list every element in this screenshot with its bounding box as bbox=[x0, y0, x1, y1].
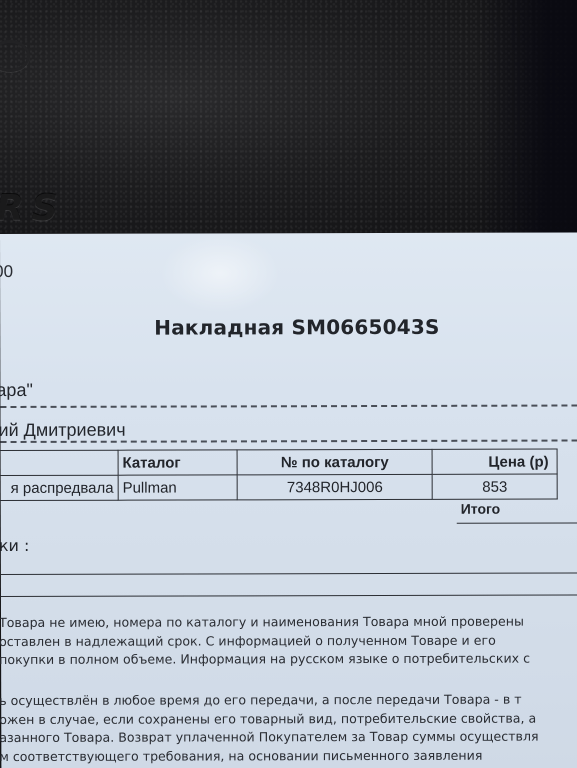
embossed-seat-text: RS bbox=[0, 188, 66, 229]
terms-line: ожен в случае, если сохранены его товарн… bbox=[0, 709, 577, 729]
terms-line: Товара не имею, номера по каталогу и наи… bbox=[0, 612, 577, 632]
notes-line bbox=[1, 572, 577, 575]
terms-paragraph-2: ь осуществлён в любое время до его перед… bbox=[0, 690, 577, 766]
terms-line: покупки в полном объеме. Информация на р… bbox=[0, 649, 577, 669]
total-underline bbox=[457, 522, 577, 523]
terms-line: азанного Товара. Возврат уплаченной Поку… bbox=[0, 727, 577, 747]
column-header-name bbox=[0, 450, 118, 475]
table-row: я распредвала Pullman 7348R0HJ006 853 bbox=[0, 474, 557, 501]
dashed-divider bbox=[1, 439, 577, 443]
terms-line: м соответствующего требования, на основа… bbox=[0, 746, 577, 766]
item-name: я распредвала bbox=[0, 475, 118, 500]
notes-line bbox=[1, 594, 577, 597]
items-table: Каталог № по каталогу Цена (р) я распред… bbox=[0, 449, 558, 502]
notes-label: ки : bbox=[0, 536, 29, 555]
column-header-price: Цена (р) bbox=[432, 449, 557, 474]
buyer-name: ий Дмитриевич bbox=[0, 420, 126, 441]
invoice-paper: 00 Накладная SM0665043S ара" ий Дмитриев… bbox=[0, 232, 577, 768]
table-header-row: Каталог № по каталогу Цена (р) bbox=[0, 449, 557, 476]
item-catalog-number: 7348R0HJ006 bbox=[237, 474, 432, 500]
item-catalog: Pullman bbox=[118, 475, 237, 500]
photo-stage: RS 00 Накладная SM0665043S ара" ий Дмитр… bbox=[0, 0, 577, 768]
header-fragment: 00 bbox=[0, 262, 13, 282]
seller-name: ара" bbox=[0, 380, 33, 401]
terms-line: оставлен в надлежащий срок. С информацие… bbox=[0, 631, 577, 651]
total-label: Итого bbox=[461, 501, 501, 517]
column-header-catalog-number: № по каталогу bbox=[237, 449, 432, 475]
item-price: 853 bbox=[432, 474, 557, 499]
dashed-divider bbox=[0, 404, 577, 408]
background-shadow bbox=[477, 0, 577, 240]
column-header-catalog: Каталог bbox=[118, 450, 237, 475]
terms-line: ь осуществлён в любое время до его перед… bbox=[0, 690, 577, 710]
invoice-title: Накладная SM0665043S bbox=[154, 315, 439, 340]
terms-paragraph-1: Товара не имею, номера по каталогу и наи… bbox=[0, 612, 577, 669]
